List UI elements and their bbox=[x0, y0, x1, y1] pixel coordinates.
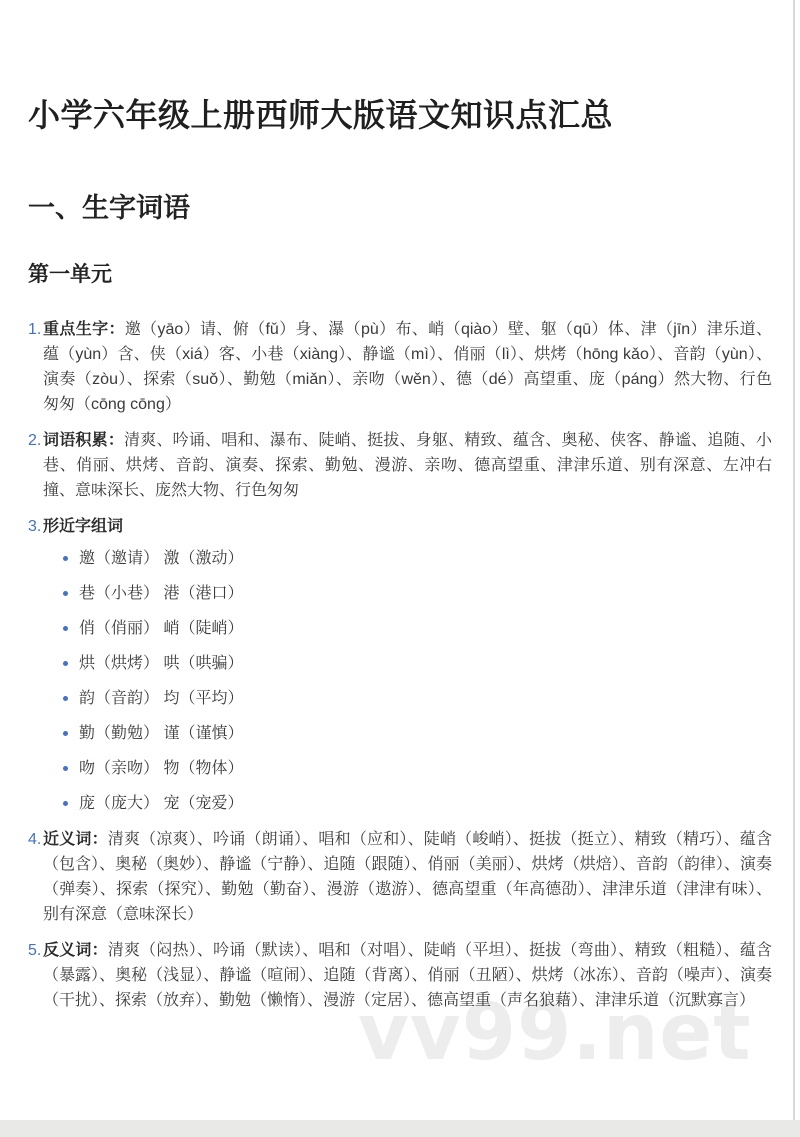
item-label: 反义词： bbox=[43, 942, 108, 959]
document-content: 小学六年级上册西师大版语文知识点汇总 一、生字词语 第一单元 1.重点生字：邀（… bbox=[0, 0, 800, 1013]
compare-words-text: 韵（音韵） 均（平均） bbox=[79, 690, 243, 707]
compare-words-text: 吻（亲吻） 物（物体） bbox=[79, 760, 243, 777]
item-text: 邀（yāo）请、俯（fǔ）身、瀑（pù）布、峭（qiào）壁、躯（qū）体、津（… bbox=[43, 321, 772, 413]
knowledge-list: 1.重点生字：邀（yāo）请、俯（fǔ）身、瀑（pù）布、峭（qiào）壁、躯（… bbox=[28, 317, 772, 1013]
compare-words-list: 邀（邀请） 激（激动）巷（小巷） 港（港口）俏（俏丽） 峭（陡峭）烘（烘烤） 哄… bbox=[43, 546, 772, 816]
bullet-icon bbox=[63, 731, 68, 736]
compare-words-text: 庞（庞大） 宠（宠爱） bbox=[79, 795, 243, 812]
item-label: 词语积累： bbox=[43, 432, 124, 449]
bullet-icon bbox=[63, 626, 68, 631]
compare-words-item: 庞（庞大） 宠（宠爱） bbox=[63, 791, 772, 816]
item-number: 1. bbox=[28, 317, 41, 342]
bullet-icon bbox=[63, 661, 68, 666]
item-label: 形近字组词 bbox=[43, 518, 123, 535]
subsection-heading: 第一单元 bbox=[28, 262, 772, 287]
knowledge-item: 1.重点生字：邀（yāo）请、俯（fǔ）身、瀑（pù）布、峭（qiào）壁、躯（… bbox=[28, 317, 772, 417]
bullet-icon bbox=[63, 766, 68, 771]
knowledge-item: 5.反义词：清爽（闷热）、吟诵（默读）、唱和（对唱）、陡峭（平坦）、挺拔（弯曲）… bbox=[28, 938, 772, 1013]
page-right-edge bbox=[793, 0, 795, 1120]
bullet-icon bbox=[63, 591, 68, 596]
compare-words-text: 勤（勤勉） 谨（谨慎） bbox=[79, 725, 243, 742]
compare-words-item: 韵（音韵） 均（平均） bbox=[63, 686, 772, 711]
compare-words-text: 烘（烘烤） 哄（哄骗） bbox=[79, 655, 243, 672]
item-text: 清爽、吟诵、唱和、瀑布、陡峭、挺拔、身躯、精致、蕴含、奥秘、侠客、静谧、追随、小… bbox=[43, 432, 772, 499]
compare-words-text: 俏（俏丽） 峭（陡峭） bbox=[79, 620, 243, 637]
item-label: 近义词： bbox=[43, 831, 108, 848]
item-text: 清爽（闷热）、吟诵（默读）、唱和（对唱）、陡峭（平坦）、挺拔（弯曲）、精致（粗糙… bbox=[43, 942, 772, 1009]
item-number: 5. bbox=[28, 938, 41, 963]
knowledge-item: 2.词语积累：清爽、吟诵、唱和、瀑布、陡峭、挺拔、身躯、精致、蕴含、奥秘、侠客、… bbox=[28, 428, 772, 503]
compare-words-item: 俏（俏丽） 峭（陡峭） bbox=[63, 616, 772, 641]
section-heading: 一、生字词语 bbox=[28, 193, 772, 223]
bullet-icon bbox=[63, 801, 68, 806]
knowledge-item: 3.形近字组词邀（邀请） 激（激动）巷（小巷） 港（港口）俏（俏丽） 峭（陡峭）… bbox=[28, 514, 772, 816]
compare-words-item: 吻（亲吻） 物（物体） bbox=[63, 756, 772, 781]
bullet-icon bbox=[63, 556, 68, 561]
item-number: 2. bbox=[28, 428, 41, 453]
item-text: 清爽（凉爽）、吟诵（朗诵）、唱和（应和）、陡峭（峻峭）、挺拔（挺立）、精致（精巧… bbox=[43, 831, 772, 923]
compare-words-item: 巷（小巷） 港（港口） bbox=[63, 581, 772, 606]
compare-words-item: 烘（烘烤） 哄（哄骗） bbox=[63, 651, 772, 676]
item-number: 4. bbox=[28, 827, 41, 852]
compare-words-text: 巷（小巷） 港（港口） bbox=[79, 585, 243, 602]
bottom-bar bbox=[0, 1120, 800, 1137]
item-number: 3. bbox=[28, 514, 41, 539]
compare-words-text: 邀（邀请） 激（激动） bbox=[79, 550, 243, 567]
compare-words-item: 勤（勤勉） 谨（谨慎） bbox=[63, 721, 772, 746]
page-title: 小学六年级上册西师大版语文知识点汇总 bbox=[28, 97, 772, 133]
knowledge-item: 4.近义词：清爽（凉爽）、吟诵（朗诵）、唱和（应和）、陡峭（峻峭）、挺拔（挺立）… bbox=[28, 827, 772, 927]
item-label: 重点生字： bbox=[43, 321, 125, 338]
compare-words-item: 邀（邀请） 激（激动） bbox=[63, 546, 772, 571]
bullet-icon bbox=[63, 696, 68, 701]
document-page: 小学六年级上册西师大版语文知识点汇总 一、生字词语 第一单元 1.重点生字：邀（… bbox=[0, 0, 800, 1137]
